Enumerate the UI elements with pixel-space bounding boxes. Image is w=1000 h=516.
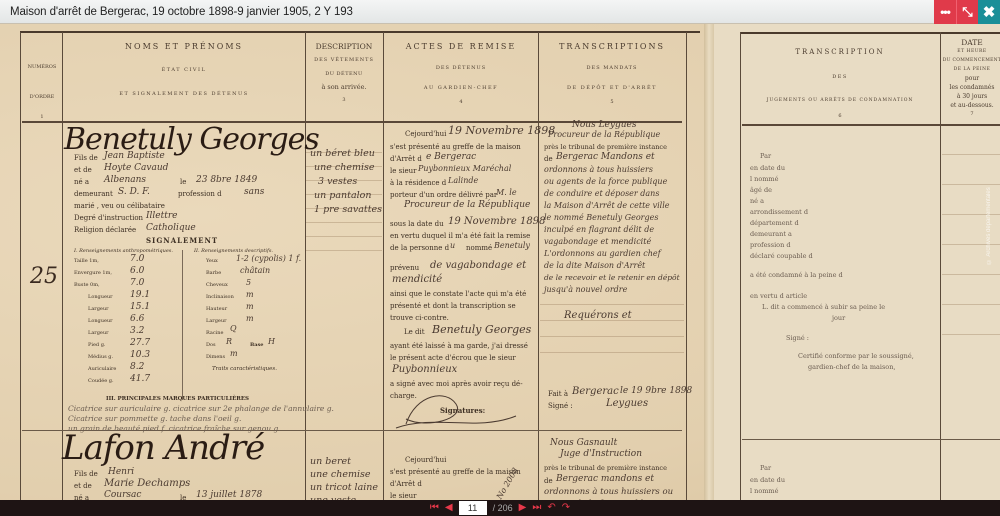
label-cejourdhui: Cejourd'hui: [405, 456, 446, 464]
form-label: Certifié conforme par le soussigné,: [798, 352, 914, 360]
marque-line: Cicatrice sur pommette g. tache dans l'o…: [68, 414, 241, 423]
acte-text: le sieur: [390, 167, 416, 175]
ellipsis-icon: •••: [940, 5, 950, 19]
value-fils-de: Henri: [108, 467, 134, 477]
form-label: en vertu d article: [750, 292, 807, 300]
ruled-line: [540, 352, 684, 353]
anthropo-value: 10.3: [130, 350, 150, 360]
page-total: / 206: [493, 503, 513, 513]
header-title: TRANSCRIPTION: [741, 48, 939, 56]
form-label: né a: [750, 197, 764, 205]
descriptif-label: Hauteur: [206, 306, 227, 312]
signature-scribble: [386, 384, 526, 434]
acte-text: prévenu: [390, 264, 419, 272]
ruled-line: [942, 274, 1000, 275]
rotate-right-button[interactable]: ↷: [562, 500, 570, 516]
acte-text: d'Arrêt d: [390, 155, 422, 163]
acte-text: ainsi que le constate l'acte qui m'a été: [390, 290, 526, 298]
header-noms: NOMS ET PRÉNOMS ÉTAT CIVIL ET SIGNALEMEN…: [64, 42, 304, 97]
header-sub: ET HEURE: [941, 47, 1000, 56]
value-demeurant: S. D. F.: [118, 187, 150, 197]
acte-text: le sieur: [390, 492, 416, 500]
header-transcriptions: TRANSCRIPTIONS DES MANDATS DE DÉPÔT ET D…: [539, 42, 685, 105]
anthropo-value: 41.7: [130, 374, 150, 384]
form-label: l nommé: [750, 487, 778, 495]
header-title: NOMS ET PRÉNOMS: [64, 42, 304, 51]
mandat-line: le nommé Benetuly Georges: [544, 213, 658, 222]
acte-value: Procureur de la République: [404, 200, 530, 210]
descriptif-value: m: [246, 314, 254, 323]
descriptif-value: 5: [246, 278, 251, 287]
clothing-item: 3 vestes: [318, 176, 357, 187]
anthropo-value: 6.0: [130, 266, 144, 276]
label-et-de: et de: [74, 166, 92, 174]
first-page-button[interactable]: ⏮: [430, 500, 439, 516]
traits-label: Traits caractéristiques.: [212, 366, 277, 372]
header-sub: DES: [741, 74, 939, 80]
header-title: DESCRIPTION: [306, 42, 382, 51]
label-cejourdhui: Cejourd'hui: [405, 130, 446, 138]
acte-value: Puybonnieux: [392, 364, 457, 375]
anthropo-label: Largeur: [88, 330, 108, 336]
acte-value: 19 Novembre 1898: [448, 216, 545, 227]
descriptif-label: Dimens: [206, 354, 225, 360]
column-number: 4: [384, 99, 538, 105]
acte-text: s'est présenté au greffe de la maison: [390, 143, 521, 151]
mandat-line: ordonnons à tous huissiers: [544, 165, 653, 174]
acte-value: e Bergerac: [426, 152, 476, 162]
anthropo-label: Médius g.: [88, 354, 113, 360]
mandat-line: L'ordonnons au gardien chef: [544, 249, 661, 258]
acte-text: en vertu duquel il m'a été fait la remis…: [390, 232, 530, 240]
value-religion: Catholique: [146, 223, 196, 233]
form-label: en date du: [750, 476, 785, 484]
acte-text: s'est présenté au greffe de la maison: [390, 468, 521, 476]
value-fils-de: Jean Baptiste: [104, 151, 165, 161]
header-title: TRANSCRIPTIONS: [539, 42, 685, 51]
top-border: [20, 31, 700, 33]
anthropo-label: Auriculaire: [88, 366, 116, 372]
close-icon: ✖: [983, 3, 996, 21]
column-number: 6: [741, 113, 939, 119]
last-page-button[interactable]: ⏭: [532, 500, 541, 516]
mandat-text: près le tribunal de première instance: [544, 143, 667, 151]
pagination-bar: ⏮ ◀ 11 / 206 ▶ ⏭ ↶ ↷: [0, 500, 1000, 516]
detainee-name: Benetuly Georges: [64, 122, 319, 157]
next-page-button[interactable]: ▶: [519, 500, 527, 516]
value-instruction: Illettre: [146, 211, 178, 221]
acte-text: le présent acte d'écrou que le sieur: [390, 354, 516, 362]
label-religion: Religion déclarée: [74, 226, 136, 234]
column-number: 1: [22, 114, 62, 120]
descriptif-label: Base: [250, 342, 263, 348]
acte-value: Benetuly Georges: [432, 323, 531, 336]
form-label: a été condamné à la peine d: [750, 271, 843, 279]
descriptif-label: Dos: [206, 342, 216, 348]
acte-text: sous la date du: [390, 220, 444, 228]
anthropo-label: Longueur: [88, 318, 113, 324]
form-label: profession d: [750, 241, 791, 249]
value-ne-a: Albenans: [104, 175, 146, 185]
value-et-de: Marie Dechamps: [104, 478, 190, 489]
header-sub: DES DÉTENUS: [384, 65, 538, 71]
form-label: Signé :: [786, 334, 809, 342]
mandat-line: de le recevoir et le retenir en dépôt: [544, 273, 680, 282]
descriptif-value: 1-2 (cypolis) 1 f.: [236, 254, 301, 263]
mandat-line: Nous Gasnault: [550, 438, 617, 448]
clothing-item: un beret: [310, 456, 351, 467]
anthropo-label: Longueur: [88, 294, 113, 300]
label-fils-de: Fils de: [74, 470, 98, 478]
anthropo-value: 15.1: [130, 302, 150, 312]
header-sub: à son arrivée.: [306, 83, 382, 91]
mandat-line: Procureur de la République: [548, 130, 660, 139]
anthropo-value: 6.6: [130, 314, 144, 324]
more-options-button[interactable]: •••: [934, 0, 956, 24]
page-fold: [704, 24, 714, 500]
fullscreen-button[interactable]: ⤡: [956, 0, 978, 24]
header-title: DATE: [941, 38, 1000, 47]
mandat-line: Bergerac Mandons et: [556, 152, 655, 162]
descriptif-value: châtain: [240, 266, 270, 275]
header-text: NUMÉROS: [22, 52, 62, 82]
rotate-left-button[interactable]: ↶: [547, 500, 555, 516]
anthropo-value: 19.1: [130, 290, 150, 300]
acte-value: M. le: [496, 188, 517, 197]
form-label: gardien-chef de la maison,: [808, 363, 895, 371]
mandat-text: près le tribunal de première instance: [544, 464, 667, 472]
mandat-text: de: [544, 155, 553, 163]
descriptif-label: Inclinaison: [206, 294, 234, 300]
form-label: l nommé: [750, 175, 778, 183]
header-sub: DE DÉPÔT ET D'ARRÊT: [539, 85, 685, 91]
anthropo-label: Coudée g.: [88, 378, 114, 384]
acte-text: ayant été laissé à ma garde, j'ai dressé: [390, 342, 528, 350]
col-border: [20, 32, 21, 500]
signalement-title: SIGNALEMENT: [146, 236, 218, 245]
acte-value: Puybonnieux Maréchal: [418, 164, 511, 173]
anthropo-label: Largeur: [88, 306, 108, 312]
mandat-line: la Maison d'Arrêt de cette ville: [544, 201, 670, 210]
marque-line: Cicatrice sur auriculaire g. cicatrice s…: [68, 404, 334, 413]
acte-value: mendicité: [392, 274, 442, 285]
acte-text: de la personne d: [390, 244, 449, 252]
col-border: [686, 32, 687, 500]
anthropo-label: Taille 1m,: [74, 258, 99, 264]
acte-value: Lalinde: [448, 176, 478, 185]
mandat-text: de: [544, 477, 553, 485]
descriptif-label: Largeur: [206, 318, 226, 324]
acte-value: de vagabondage et: [430, 260, 526, 271]
page-number-input[interactable]: 11: [459, 501, 487, 515]
ruled-line: [306, 250, 382, 251]
form-label: jour: [832, 314, 845, 322]
descriptif-value: R: [226, 337, 232, 346]
anthropo-title: I. Renseignements anthropométriques.: [74, 248, 173, 254]
descriptif-value: m: [246, 290, 254, 299]
descriptif-label: Yeux: [206, 258, 218, 264]
mandat-line: de conduire et déposer dans: [544, 189, 659, 198]
clothing-item: une chemise: [314, 162, 374, 173]
acte-text: à la résidence d: [390, 179, 446, 187]
label-ne-a: né a: [74, 178, 89, 186]
descriptif-value: m: [246, 302, 254, 311]
viewer-header: Maison d'arrêt de Bergerac, 19 octobre 1…: [0, 0, 1000, 24]
header-title: ACTES DE REMISE: [384, 42, 538, 51]
ruled-line: [540, 336, 684, 337]
mandat-line: le 19 9bre 1898: [620, 386, 692, 396]
anthropo-value: 8.2: [130, 362, 144, 372]
value-ne-a: Coursac: [104, 490, 141, 500]
ruled-line: [942, 334, 1000, 335]
label-instruction: Degré d'instruction: [74, 214, 143, 222]
mandat-line: Leygues: [606, 398, 648, 409]
acte-value: u: [450, 241, 455, 250]
marques-title: III. PRINCIPALES MARQUES PARTICULIÈRES: [106, 396, 249, 402]
mandat-line: de la dite Maison d'Arrêt: [544, 261, 645, 270]
clothing-item: un pantalon: [314, 190, 371, 201]
form-label: âgé de: [750, 186, 772, 194]
anthropo-label: Pied g.: [88, 342, 106, 348]
form-label: département d: [750, 219, 799, 227]
anthropo-label: Buste 0m,: [74, 282, 100, 288]
anthropo-label: Envergure 1m,: [74, 270, 112, 276]
anthropo-value: 3.2: [130, 326, 144, 336]
header-actes: ACTES DE REMISE DES DÉTENUS AU GARDIEN-C…: [384, 42, 538, 105]
acte-text: d'Arrêt d: [390, 480, 422, 488]
label-fils-de: Fils de: [74, 154, 98, 162]
document-title: Maison d'arrêt de Bergerac, 19 octobre 1…: [0, 6, 934, 18]
header-transcription-jugements: TRANSCRIPTION DES JUGEMENTS OU ARRÊTS DE…: [741, 48, 939, 119]
close-button[interactable]: ✖: [978, 0, 1000, 24]
acte-value: Benetuly: [494, 241, 530, 250]
acte-text: nommé: [466, 244, 492, 252]
form-label: demeurant a: [750, 230, 792, 238]
form-label: déclaré coupable d: [750, 252, 813, 260]
ruled-line: [306, 236, 382, 237]
acte-text: trouve ci-contre.: [390, 314, 449, 322]
mandat-line: Juge d'Instruction: [560, 449, 642, 459]
signalement-divider: [182, 250, 183, 400]
header-sub: DES VÊTEMENTS: [306, 57, 382, 63]
entry-divider-right: [742, 439, 1000, 440]
archive-watermark: © Archives départementales: [986, 64, 996, 264]
header-divider-right: [742, 124, 1000, 126]
clothing-item: un béret bleu: [310, 148, 375, 159]
mandat-text: Fait à: [548, 390, 568, 398]
value-birth-date: 23 8bre 1849: [196, 175, 257, 185]
label-et-de: et de: [74, 482, 92, 490]
mandat-line: jusqu'à nouvel ordre: [544, 285, 627, 294]
acte-text: Le dit: [404, 328, 425, 336]
clothing-item: une chemise: [310, 469, 370, 480]
header-sub: DES MANDATS: [539, 65, 685, 71]
anthropo-value: 7.0: [130, 278, 144, 288]
label-demeurant: demeurant: [74, 190, 113, 198]
mandat-line: Requérons et: [564, 310, 632, 321]
form-label: en date du: [750, 164, 785, 172]
header-sub: JUGEMENTS OU ARRÊTS DE CONDAMNATION: [741, 98, 939, 103]
mandat-line: vagabondage et mendicité: [544, 237, 651, 246]
header-sub: ET SIGNALEMENT DES DÉTENUS: [64, 91, 304, 97]
column-number: 5: [539, 99, 685, 105]
previous-page-button[interactable]: ◀: [445, 500, 453, 516]
header-sub: DU DÉTENU: [306, 71, 382, 77]
anthropo-value: 27.7: [130, 338, 150, 348]
ruled-line: [540, 304, 684, 305]
detainee-name: Lafon André: [62, 428, 264, 468]
document-viewer[interactable]: NUMÉROS D'ORDRE 1 NOMS ET PRÉNOMS ÉTAT C…: [0, 24, 1000, 500]
anthropo-value: 7.0: [130, 254, 144, 264]
mandat-line: Bergerac: [572, 386, 619, 397]
descriptif-label: Barbe: [206, 270, 221, 276]
header-numeros: NUMÉROS D'ORDRE: [22, 52, 62, 112]
value-profession: sans: [244, 187, 264, 197]
descriptif-value: m: [230, 349, 238, 358]
descriptif-label: Racine: [206, 330, 223, 336]
top-border-right: [740, 32, 1000, 34]
label-profession: profession d: [178, 190, 222, 198]
mandat-line: ou agents de la force publique: [544, 177, 667, 186]
descriptif-value: Q: [230, 324, 237, 333]
mandat-line: inculpé en flagrant délit de: [544, 225, 654, 234]
order-number: 25: [30, 264, 58, 289]
header-description: DESCRIPTION DES VÊTEMENTS DU DÉTENU à so…: [306, 42, 382, 103]
acte-text: présenté et dont la transcription se: [390, 302, 516, 310]
form-label: Par: [760, 152, 771, 160]
mandat-line: Bergerac mandons et: [556, 474, 654, 484]
value-birth-date: 13 juillet 1878: [196, 490, 262, 500]
descriptif-value: H: [268, 337, 275, 346]
form-label: arrondissement d: [750, 208, 808, 216]
form-label: L. dit a commencé à subir sa peine le: [762, 303, 885, 311]
header-sub: AU GARDIEN-CHEF: [384, 85, 538, 91]
value-cejourdhui: 19 Novembre 1898: [448, 124, 555, 137]
mandat-line: Nous Leygues: [572, 120, 636, 130]
value-et-de: Hoyte Cavaud: [104, 163, 168, 173]
mandat-text: Signé :: [548, 402, 573, 410]
ruled-line: [306, 222, 382, 223]
label-le: le: [180, 178, 186, 186]
expand-icon: ⤡: [962, 4, 972, 20]
descriptif-label: Cheveux: [206, 282, 228, 288]
ruled-line: [942, 304, 1000, 305]
header-sub: ÉTAT CIVIL: [64, 67, 304, 73]
column-number: 3: [306, 97, 382, 103]
form-label: Par: [760, 464, 771, 472]
clothing-item: 1 pre savattes: [314, 204, 382, 215]
mandat-line: ordonnons à tous huissiers ou: [544, 487, 673, 497]
clothing-item: un tricot laine: [310, 482, 378, 493]
label-marital: marié , veu ou célibataire: [74, 202, 165, 210]
acte-text: porteur d'un ordre délivré par: [390, 191, 497, 199]
header-text: D'ORDRE: [22, 82, 62, 112]
